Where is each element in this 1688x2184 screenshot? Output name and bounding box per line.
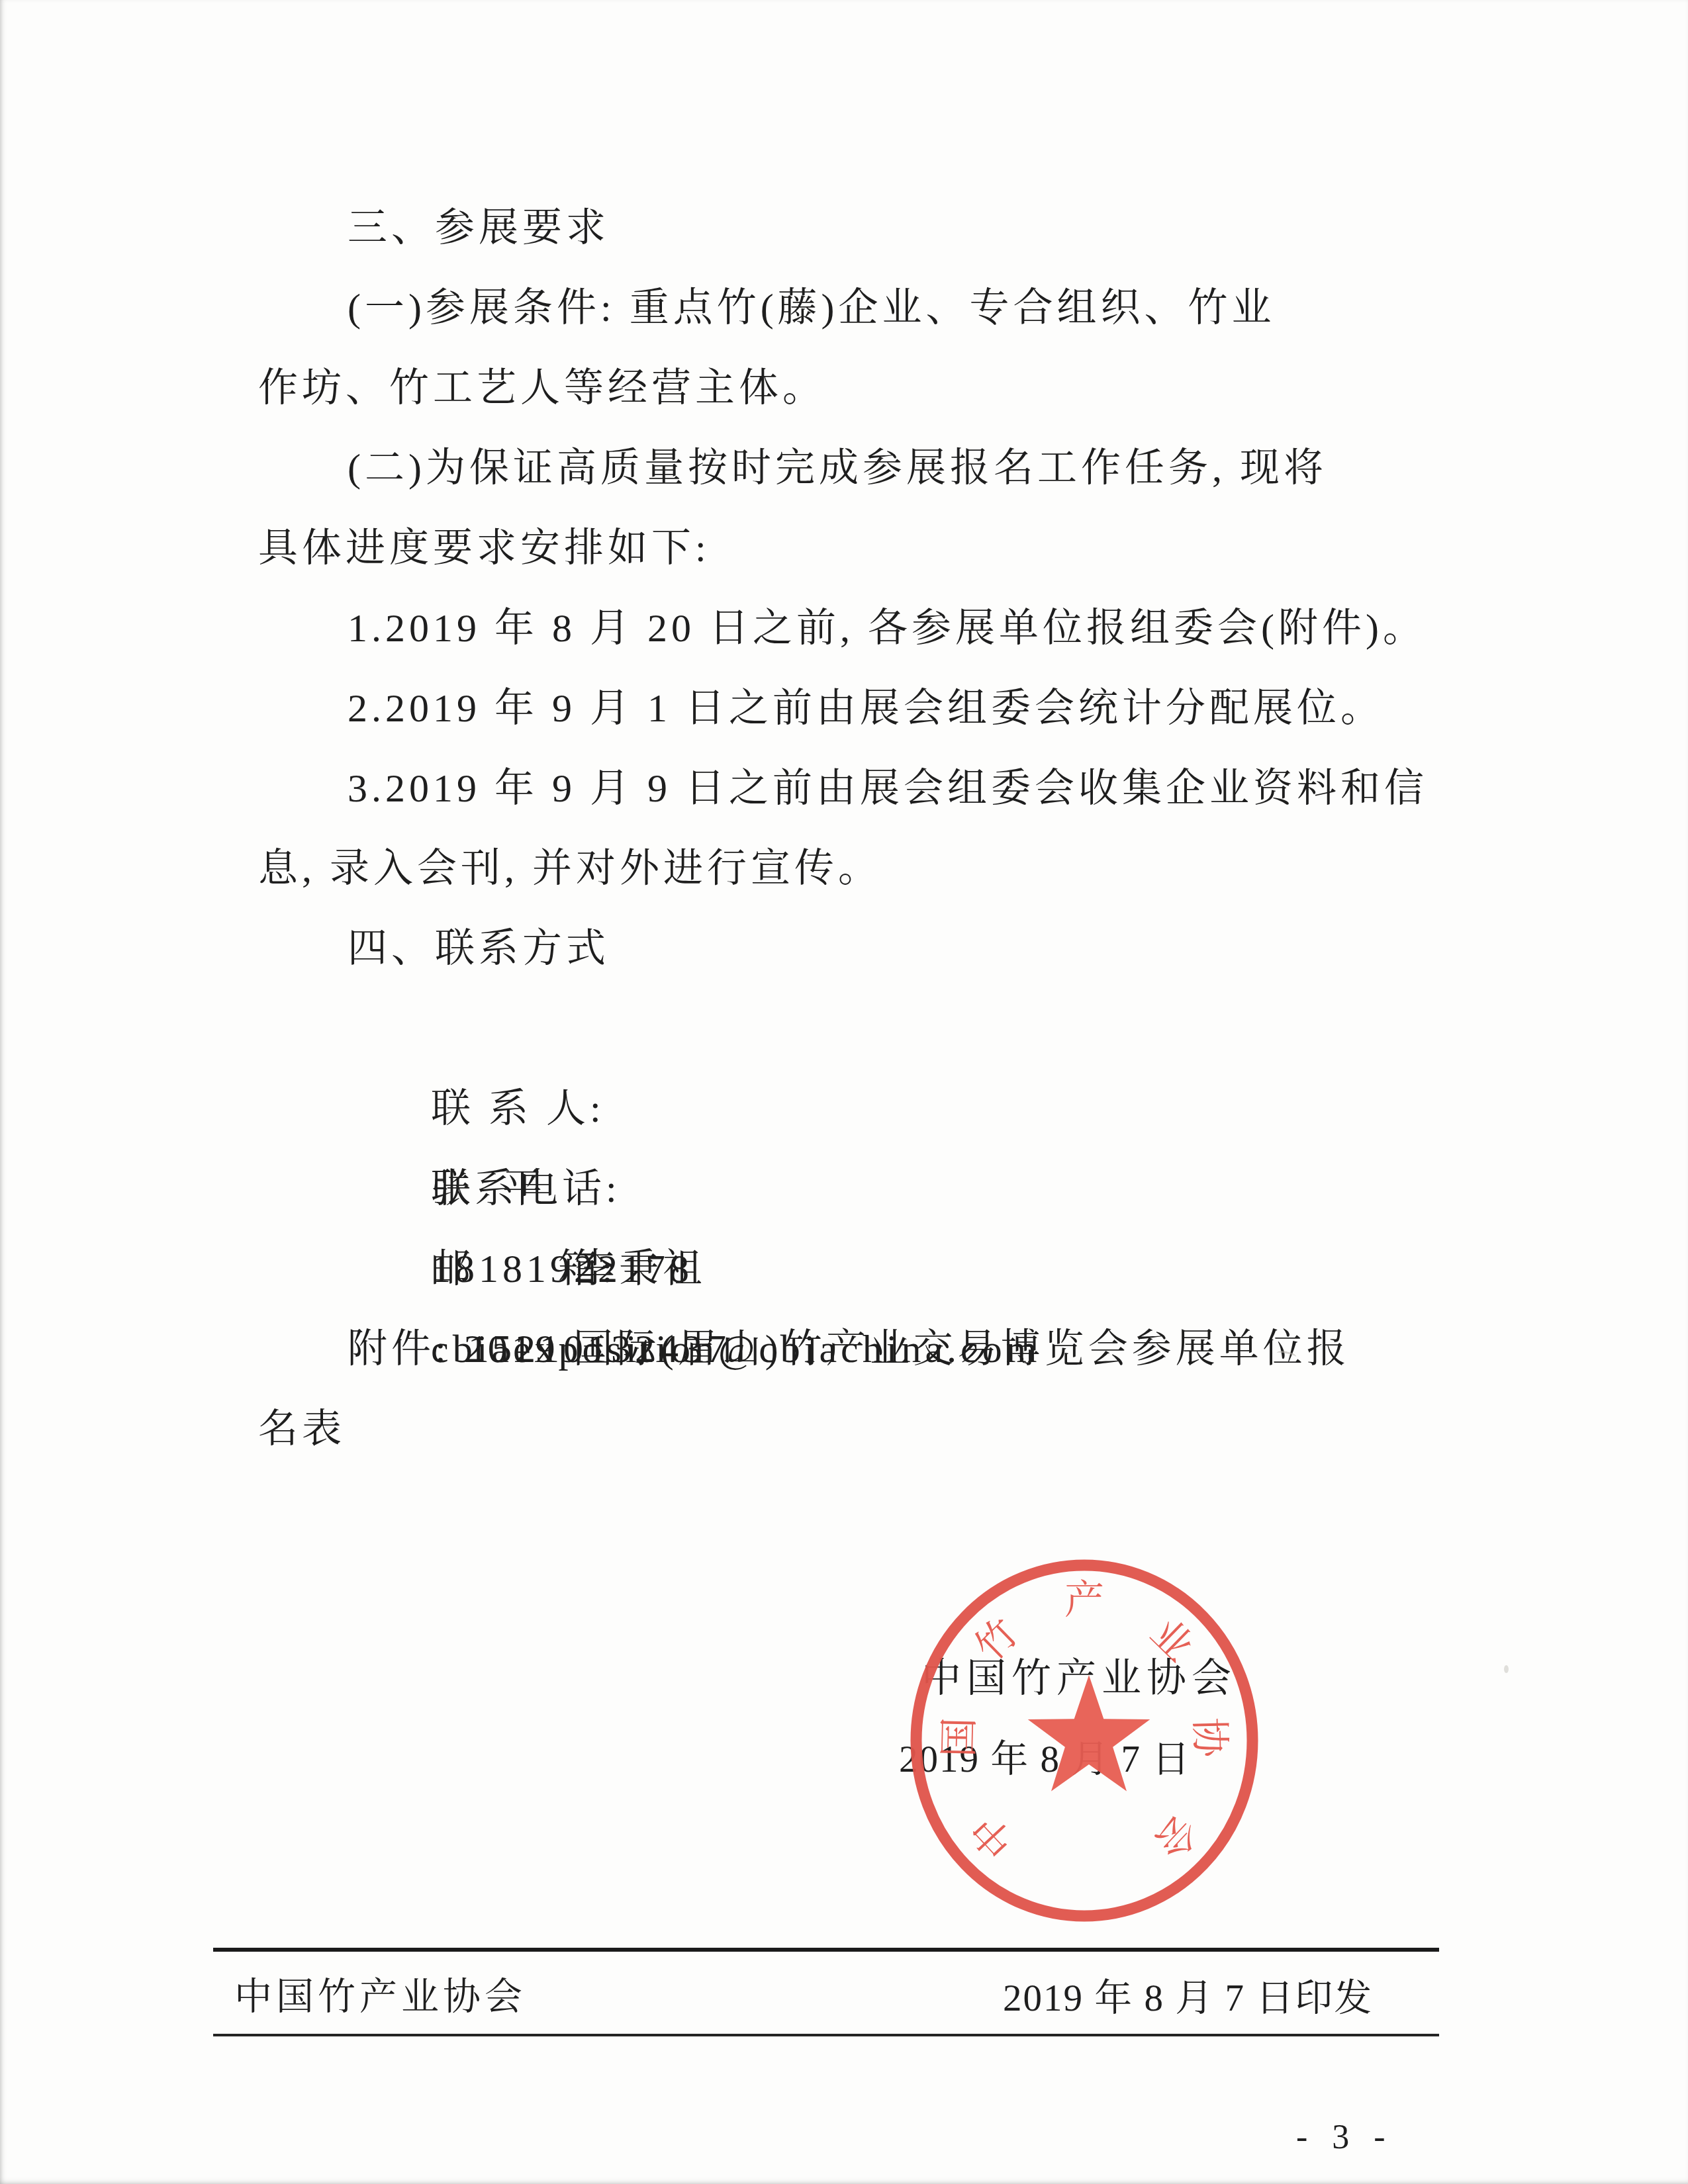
footer-issuing-org: 中国竹产业协会 [234,1978,526,2017]
text-line: 名表 [258,1389,1450,1469]
seal-char: 会 [1147,1807,1205,1866]
seal-char: 业 [1143,1611,1201,1670]
seal-star-icon [1028,1675,1150,1792]
text-line: (二)为保证高质量按时完成参展报名工作任务, 现将 [258,428,1450,508]
seal-char: 产 [1064,1578,1104,1622]
contact-email-label: 邮 箱: [431,1247,631,1291]
footer-print-date: 2019 年 8 月 7 日印发 [1003,1979,1373,2019]
seal-char: 中 [963,1807,1022,1866]
text-line: 作坊、竹工艺人等经营主体。 [258,348,1450,428]
page-number: - 3 - [1296,2119,1393,2156]
text-line: 1.2019 年 8 月 20 日之前, 各参展单位报组委会(附件)。 [258,588,1450,668]
text-line: (一)参展条件: 重点竹(藤)企业、专合组织、竹业 [258,268,1450,348]
text-line: 2.2019 年 9 月 1 日之前由展会组委会统计分配展位。 [258,668,1450,749]
document-body: 三、参展要求 (一)参展条件: 重点竹(藤)企业、专合组织、竹业 作坊、竹工艺人… [258,188,1450,1469]
text-line: 附件: 2019 国际(眉山)竹产业交易博览会参展单位报 [258,1309,1450,1389]
text-line: 具体进度要求安排如下: [258,508,1450,588]
seal-char: 国 [937,1717,981,1757]
contact-person-label: 联 系 人: [431,1087,619,1130]
contact-person-line: 联 系 人: 张 平 李秉祖 [258,989,1450,1069]
footer-rule-top [213,1948,1439,1952]
scan-speck [1504,1665,1509,1673]
text-line: 息, 录入会刊, 并对外进行宣传。 [258,829,1450,909]
scanned-document-page: 三、参展要求 (一)参展条件: 重点竹(藤)企业、专合组织、竹业 作坊、竹工艺人… [0,0,1688,2184]
text-line: 三、参展要求 [258,188,1450,268]
seal-char: 协 [1187,1717,1231,1758]
text-line: 四、联系方式 [258,909,1450,989]
contact-phone-label: 联系电话: [431,1167,635,1210]
official-seal-stamp: 中国竹产业协会 [910,1559,1258,1922]
seal-char: 竹 [967,1611,1026,1670]
text-line: 3.2019 年 9 月 9 日之前由展会组委会收集企业资料和信 [258,749,1450,829]
footer-rule-bottom [213,2034,1439,2036]
